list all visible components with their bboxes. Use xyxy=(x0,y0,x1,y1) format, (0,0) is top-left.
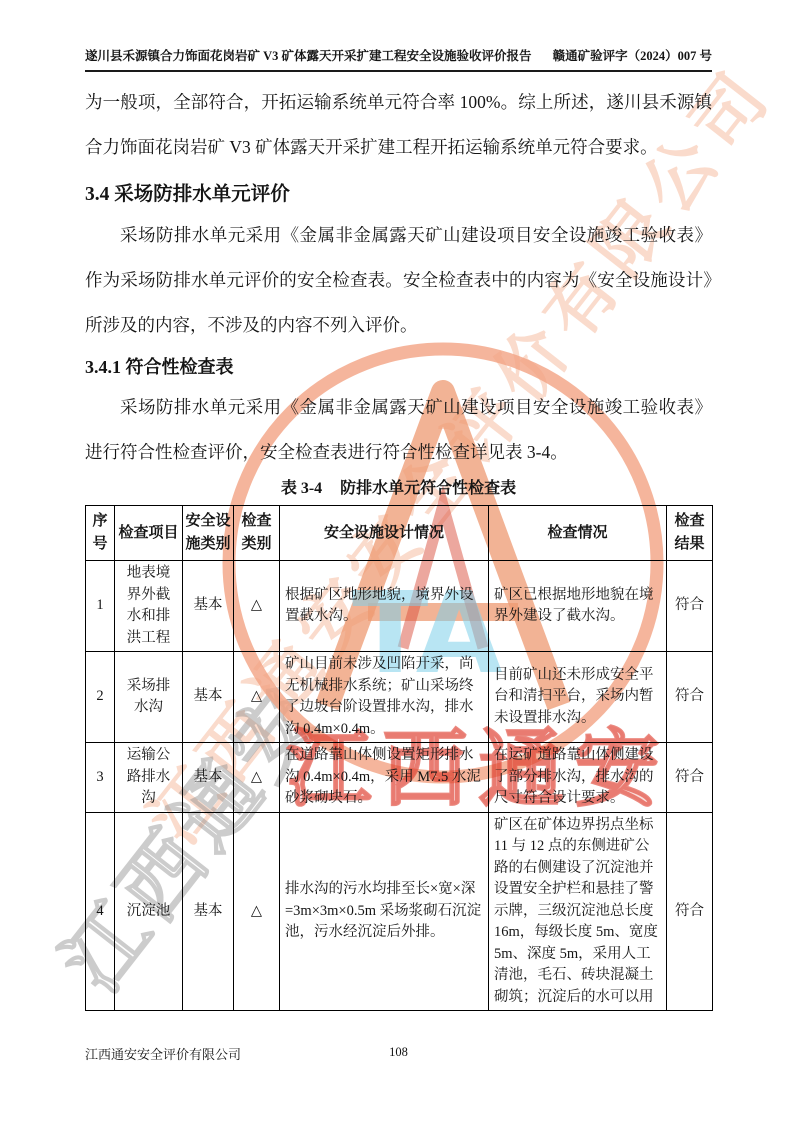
document-page: 江西通安安全评价有限公司 江西通安 TA 江西通安 遂川县禾源镇合力饰面花岗岩矿… xyxy=(0,0,793,1122)
cell-design: 矿山目前未涉及凹陷开采，尚无机械排水系统；矿山采场终了边坡台阶设置排水沟，排水沟… xyxy=(280,652,489,743)
column-header-inspection: 检查情况 xyxy=(489,506,667,561)
cell-design: 在道路靠山体侧设置矩形排水沟 0.4m×0.4m，采用 M7.5 水泥砂浆砌块石… xyxy=(280,743,489,813)
page-header: 遂川县禾源镇合力饰面花岗岩矿 V3 矿体露天开采扩建工程安全设施验收评价报告 赣… xyxy=(85,48,712,72)
cell-check-type: △ xyxy=(234,743,280,813)
page-number: 108 xyxy=(85,1045,712,1060)
cell-inspection: 在运矿道路靠山体侧建设了部分排水沟，排水沟的尺寸符合设计要求。 xyxy=(489,743,667,813)
section-heading-3-4-1: 3.4.1 符合性检查表 xyxy=(85,354,712,381)
cell-design: 排水沟的污水均排至长×宽×深=3m×3m×0.5m 采场浆砌石沉淀池，污水经沉淀… xyxy=(280,812,489,1011)
compliance-check-table: 序号 检查项目 安全设施类别 检查类别 安全设施设计情况 检查情况 检查结果 1… xyxy=(85,505,713,1011)
paragraph-3-4-1: 采场防排水单元采用《金属非金属露天矿山建设项目安全设施竣工验收表》进行符合性检查… xyxy=(85,385,712,475)
column-header-item: 检查项目 xyxy=(115,506,183,561)
cell-category: 基本 xyxy=(183,652,234,743)
cell-no: 1 xyxy=(86,561,115,652)
cell-category: 基本 xyxy=(183,561,234,652)
table-row: 3 运输公路排水沟 基本 △ 在道路靠山体侧设置矩形排水沟 0.4m×0.4m，… xyxy=(86,743,713,813)
cell-category: 基本 xyxy=(183,743,234,813)
paragraph-3-4: 采场防排水单元采用《金属非金属露天矿山建设项目安全设施竣工验收表》作为采场防排水… xyxy=(85,213,712,348)
table-row: 2 采场排水沟 基本 △ 矿山目前未涉及凹陷开采，尚无机械排水系统；矿山采场终了… xyxy=(86,652,713,743)
cell-check-type: △ xyxy=(234,561,280,652)
cell-item: 地表境界外截水和排洪工程 xyxy=(115,561,183,652)
cell-inspection: 矿区已根据地形地貌在境界外建设了截水沟。 xyxy=(489,561,667,652)
cell-result: 符合 xyxy=(667,652,713,743)
column-header-no: 序号 xyxy=(86,506,115,561)
column-header-design: 安全设施设计情况 xyxy=(280,506,489,561)
table-caption: 表 3-4防排水单元符合性检查表 xyxy=(85,477,712,501)
cell-check-type: △ xyxy=(234,812,280,1011)
cell-no: 2 xyxy=(86,652,115,743)
section-heading-3-4: 3.4 采场防排水单元评价 xyxy=(85,180,712,209)
cell-item: 运输公路排水沟 xyxy=(115,743,183,813)
cell-inspection: 目前矿山还未形成安全平台和清扫平台，采场内暂未设置排水沟。 xyxy=(489,652,667,743)
table-header-row: 序号 检查项目 安全设施类别 检查类别 安全设施设计情况 检查情况 检查结果 xyxy=(86,506,713,561)
cell-item: 采场排水沟 xyxy=(115,652,183,743)
table-row: 4 沉淀池 基本 △ 排水沟的污水均排至长×宽×深=3m×3m×0.5m 采场浆… xyxy=(86,812,713,1011)
cell-category: 基本 xyxy=(183,812,234,1011)
cell-design: 根据矿区地形地貌，境界外设置截水沟。 xyxy=(280,561,489,652)
page-content: 遂川县禾源镇合力饰面花岗岩矿 V3 矿体露天开采扩建工程安全设施验收评价报告 赣… xyxy=(85,48,712,1011)
cell-inspection: 矿区在矿体边界拐点坐标 11 与 12 点的东侧进矿公路的右侧建设了沉淀池并设置… xyxy=(489,812,667,1011)
column-header-check-type: 检查类别 xyxy=(234,506,280,561)
table-caption-text: 防排水单元符合性检查表 xyxy=(340,480,516,497)
table-caption-label: 表 3-4 xyxy=(281,480,322,497)
cell-item: 沉淀池 xyxy=(115,812,183,1011)
cell-result: 符合 xyxy=(667,743,713,813)
table-row: 1 地表境界外截水和排洪工程 基本 △ 根据矿区地形地貌，境界外设置截水沟。 矿… xyxy=(86,561,713,652)
column-header-category: 安全设施类别 xyxy=(183,506,234,561)
cell-no: 3 xyxy=(86,743,115,813)
document-number: 赣通矿验评字（2024）007 号 xyxy=(553,48,712,65)
paragraph-conclusion: 为一般项，全部符合，开拓运输系统单元符合率 100%。综上所述，遂川县禾源镇合力… xyxy=(85,80,712,170)
cell-result: 符合 xyxy=(667,561,713,652)
column-header-result: 检查结果 xyxy=(667,506,713,561)
cell-check-type: △ xyxy=(234,652,280,743)
cell-no: 4 xyxy=(86,812,115,1011)
report-title: 遂川县禾源镇合力饰面花岗岩矿 V3 矿体露天开采扩建工程安全设施验收评价报告 xyxy=(85,48,532,65)
cell-result: 符合 xyxy=(667,812,713,1011)
